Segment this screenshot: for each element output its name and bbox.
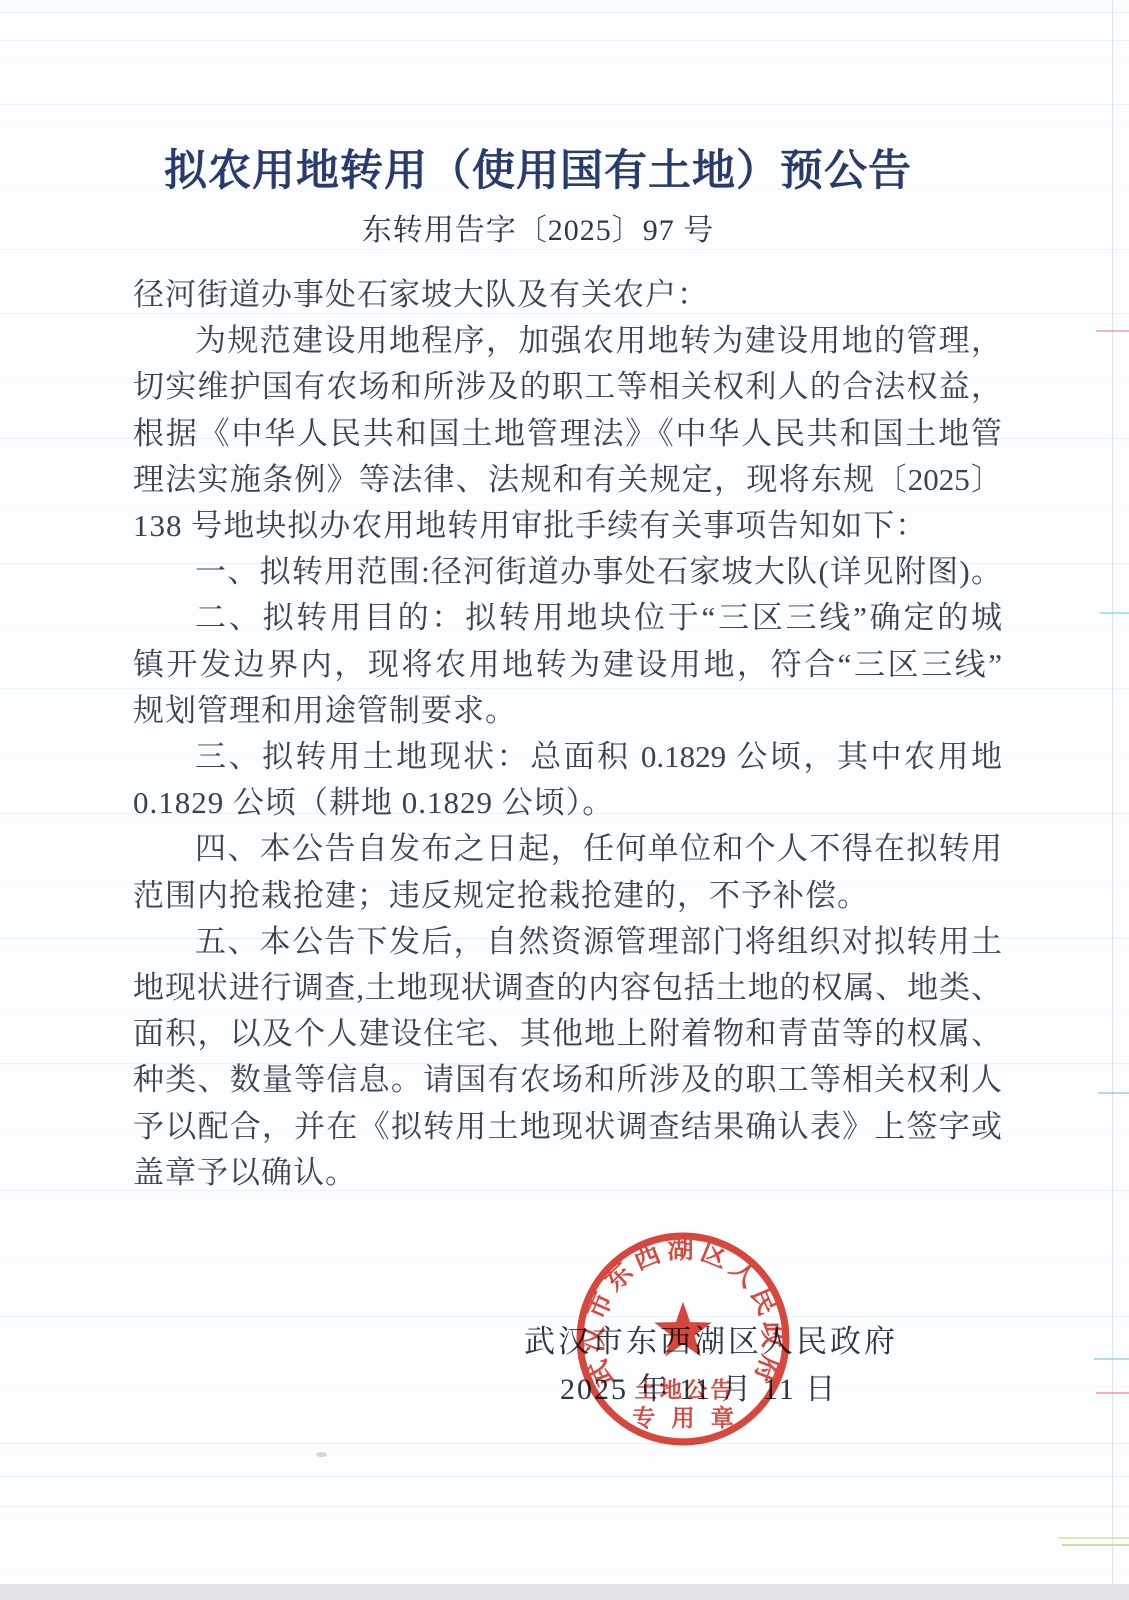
- body-line: 根据《中华人民共和国土地管理法》《中华人民共和国土地管: [133, 411, 1002, 457]
- body-line: 面积，以及个人建设住宅、其他地上附着物和青苗等的权属、: [133, 1011, 1002, 1057]
- scan-artifact: [0, 12, 1129, 13]
- scan-smudge: [316, 1452, 327, 1457]
- scan-artifact: [0, 1443, 1129, 1444]
- scan-bottom-edge: [0, 1584, 1129, 1600]
- scan-artifact: [0, 1476, 1129, 1477]
- doc-number: 东转用告字〔2025〕97 号: [133, 211, 943, 251]
- body-line: 种类、数量等信息。请国有农场和所涉及的职工等相关权利人: [133, 1057, 1002, 1103]
- body-line: 0.1829 公顷（耕地 0.1829 公顷）。: [133, 780, 1002, 826]
- scan-artifact: [0, 40, 1129, 41]
- scan-artifact: [0, 1316, 1129, 1317]
- scan-tick: [1058, 1537, 1129, 1539]
- body-line: 三、拟转用土地现状：总面积 0.1829 公顷，其中农用地: [133, 734, 1002, 780]
- scan-artifact: [0, 1506, 1129, 1507]
- scan-tick: [1062, 1544, 1129, 1546]
- body-line: 为规范建设用地程序，加强农用地转为建设用地的管理，: [133, 318, 1002, 364]
- body-line: 规划管理和用途管制要求。: [133, 688, 1002, 734]
- body-line: 138 号地块拟办农用地转用审批手续有关事项告知如下：: [133, 503, 1002, 549]
- scan-tick: [1096, 1392, 1129, 1394]
- page-title: 拟农用地转用（使用国有土地）预公告: [133, 144, 943, 198]
- salutation: 径河街道办事处石家坡大队及有关农户：: [133, 272, 1002, 318]
- scan-tick: [1100, 612, 1129, 614]
- body-line: 五、本公告下发后，自然资源管理部门将组织对拟转用土: [133, 919, 1002, 965]
- body-line: 盖章予以确认。: [133, 1150, 1002, 1196]
- scan-tick: [1094, 1358, 1129, 1360]
- body-text: 径河街道办事处石家坡大队及有关农户： 为规范建设用地程序，加强农用地转为建设用地…: [133, 272, 1002, 1196]
- body-line: 理法实施条例》等法律、法规和有关规定，现将东规〔2025〕: [133, 457, 1002, 503]
- body-line: 一、拟转用范围:径河街道办事处石家坡大队(详见附图)。: [133, 549, 1002, 595]
- body-line: 四、本公告自发布之日起，任何单位和个人不得在拟转用: [133, 826, 1002, 872]
- seal-star-icon: [654, 1302, 712, 1357]
- seal-inner-text-2: 专用章: [632, 1405, 750, 1432]
- body-line: 地现状进行调查,土地现状调查的内容包括土地的权属、地类、: [133, 965, 1002, 1011]
- document-page: 拟农用地转用（使用国有土地）预公告 东转用告字〔2025〕97 号 径河街道办事…: [0, 0, 1129, 1600]
- scan-edge-line: [1112, 0, 1113, 1600]
- body-line: 镇开发边界内，现将农用地转为建设用地，符合“三区三线”: [133, 642, 1002, 688]
- scan-tick: [1098, 1092, 1129, 1094]
- official-seal: 武汉市东西湖区人民政府 土地公告 专用章: [572, 1228, 794, 1450]
- body-line: 范围内抢栽抢建；违反规定抢栽抢建的，不予补偿。: [133, 873, 1002, 919]
- scan-artifact: [0, 104, 1129, 105]
- body-line: 切实维护国有农场和所涉及的职工等相关权利人的合法权益，: [133, 364, 1002, 410]
- body-line: 予以配合，并在《拟转用土地现状调查结果确认表》上签字或: [133, 1104, 1002, 1150]
- seal-inner-text-1: 土地公告: [635, 1378, 736, 1403]
- body-line: 二、拟转用目的：拟转用地块位于“三区三线”确定的城: [133, 595, 1002, 641]
- scan-tick: [1096, 330, 1129, 332]
